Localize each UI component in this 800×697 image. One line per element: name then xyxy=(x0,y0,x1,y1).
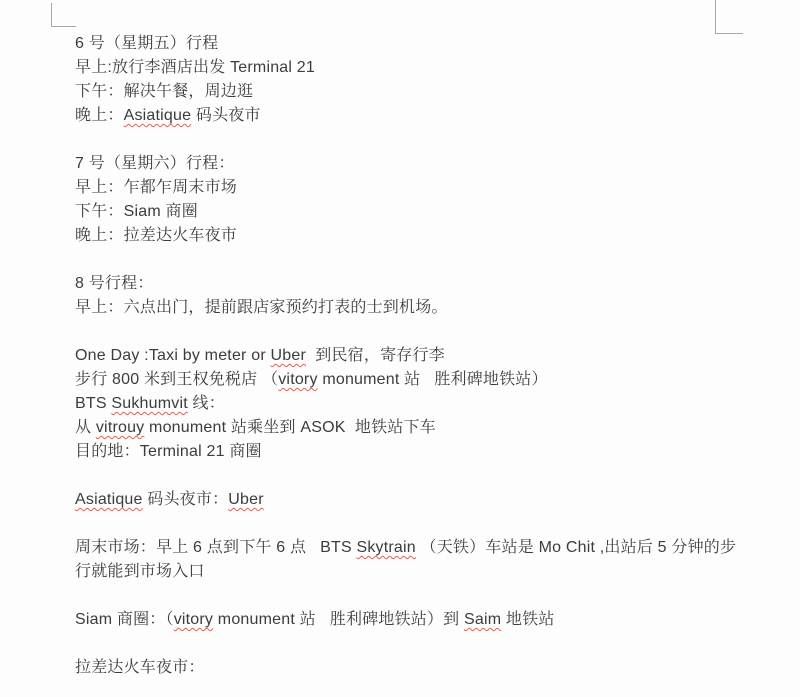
misspelled-word: Uber xyxy=(271,347,306,364)
text-run: 早上：乍都乍周末市场 xyxy=(75,179,237,196)
text-run: 到民宿，寄存行李 xyxy=(306,347,445,364)
text-run: 码头夜市 xyxy=(191,107,260,124)
text-run: 下午：Siam 商圈 xyxy=(75,203,198,220)
misspelled-word: Skytrain xyxy=(356,539,415,556)
document-line[interactable]: One Day :Taxi by meter or Uber 到民宿，寄存行李 xyxy=(75,344,755,368)
text-run: One Day :Taxi by meter or xyxy=(75,347,271,364)
document-line[interactable]: Asiatique 码头夜市：Uber xyxy=(75,488,755,512)
misspelled-word: Sukhumvit xyxy=(111,395,188,412)
misspelled-word: Uber xyxy=(228,491,263,508)
document-content[interactable]: 6 号（星期五）行程早上:放行李酒店出发 Terminal 21下午：解决午餐，… xyxy=(75,32,755,680)
text-run: Siam 商圈：（ xyxy=(75,611,174,628)
document-line[interactable]: 8 号行程： xyxy=(75,272,755,296)
document-line[interactable]: 7 号（星期六）行程： xyxy=(75,152,755,176)
text-run: 晚上： xyxy=(75,107,124,124)
text-run: 7 号（星期六）行程： xyxy=(75,155,235,172)
document-line[interactable]: 拉差达火车夜市： xyxy=(75,656,755,680)
text-run: 从 xyxy=(75,419,96,436)
text-boundary-mark-top-left xyxy=(51,3,76,27)
blank-line[interactable] xyxy=(75,464,755,488)
text-run: monument 站 胜利碑地铁站） xyxy=(318,371,548,388)
document-line[interactable]: 步行 800 米到王权免税店 （vitory monument 站 胜利碑地铁站… xyxy=(75,368,755,392)
document-line[interactable]: 下午：解决午餐，周边逛 xyxy=(75,80,755,104)
text-run: 步行 800 米到王权免税店 （ xyxy=(75,371,278,388)
document-line[interactable]: 目的地：Terminal 21 商圈 xyxy=(75,440,755,464)
document-line[interactable]: 下午：Siam 商圈 xyxy=(75,200,755,224)
document-line[interactable]: BTS Sukhumvit 线： xyxy=(75,392,755,416)
blank-line[interactable] xyxy=(75,512,755,536)
document-line[interactable]: 周末市场：早上 6 点到下午 6 点 BTS Skytrain （天铁）车站是 … xyxy=(75,536,755,560)
document-line[interactable]: 早上：乍都乍周末市场 xyxy=(75,176,755,200)
document-line[interactable]: 晚上：Asiatique 码头夜市 xyxy=(75,104,755,128)
blank-line[interactable] xyxy=(75,128,755,152)
text-run: 8 号行程： xyxy=(75,275,154,292)
text-run: 早上:放行李酒店出发 Terminal 21 xyxy=(75,59,315,76)
text-boundary-mark-top-right xyxy=(715,0,743,34)
text-run: monument 站 胜利碑地铁站）到 xyxy=(213,611,464,628)
text-run: 拉差达火车夜市： xyxy=(75,659,205,676)
blank-line[interactable] xyxy=(75,584,755,608)
text-run: 下午：解决午餐，周边逛 xyxy=(75,83,253,100)
blank-line[interactable] xyxy=(75,248,755,272)
misspelled-word: vitory xyxy=(174,611,213,628)
text-run: monument 站乘坐到 ASOK 地铁站下车 xyxy=(144,419,435,436)
document-line[interactable]: Siam 商圈：（vitory monument 站 胜利碑地铁站）到 Saim… xyxy=(75,608,755,632)
text-run: 早上：六点出门，提前跟店家预约打表的士到机场。 xyxy=(75,299,448,316)
document-line[interactable]: 行就能到市场入口 xyxy=(75,560,755,584)
document-line[interactable]: 6 号（星期五）行程 xyxy=(75,32,755,56)
text-run: 线： xyxy=(188,395,225,412)
misspelled-word: Saim xyxy=(464,611,501,628)
blank-line[interactable] xyxy=(75,632,755,656)
misspelled-word: Asiatique xyxy=(75,491,143,508)
misspelled-word: vitrouy xyxy=(96,419,145,436)
document-page[interactable]: 6 号（星期五）行程早上:放行李酒店出发 Terminal 21下午：解决午餐，… xyxy=(0,0,800,697)
text-run: BTS xyxy=(75,395,111,412)
document-line[interactable]: 从 vitrouy monument 站乘坐到 ASOK 地铁站下车 xyxy=(75,416,755,440)
blank-line[interactable] xyxy=(75,320,755,344)
text-run: 目的地：Terminal 21 商圈 xyxy=(75,443,262,460)
text-run: 地铁站 xyxy=(501,611,554,628)
document-line[interactable]: 早上:放行李酒店出发 Terminal 21 xyxy=(75,56,755,80)
text-run: 晚上：拉差达火车夜市 xyxy=(75,227,237,244)
text-run: 6 号（星期五）行程 xyxy=(75,35,218,52)
text-run: 码头夜市： xyxy=(143,491,229,508)
text-run: 行就能到市场入口 xyxy=(75,563,205,580)
document-line[interactable]: 早上：六点出门，提前跟店家预约打表的士到机场。 xyxy=(75,296,755,320)
misspelled-word: Asiatique xyxy=(124,107,192,124)
text-run: 周末市场：早上 6 点到下午 6 点 BTS xyxy=(75,539,356,556)
document-line[interactable]: 晚上：拉差达火车夜市 xyxy=(75,224,755,248)
text-run: （天铁）车站是 Mo Chit ,出站后 5 分钟的步 xyxy=(416,539,736,556)
misspelled-word: vitory xyxy=(278,371,317,388)
